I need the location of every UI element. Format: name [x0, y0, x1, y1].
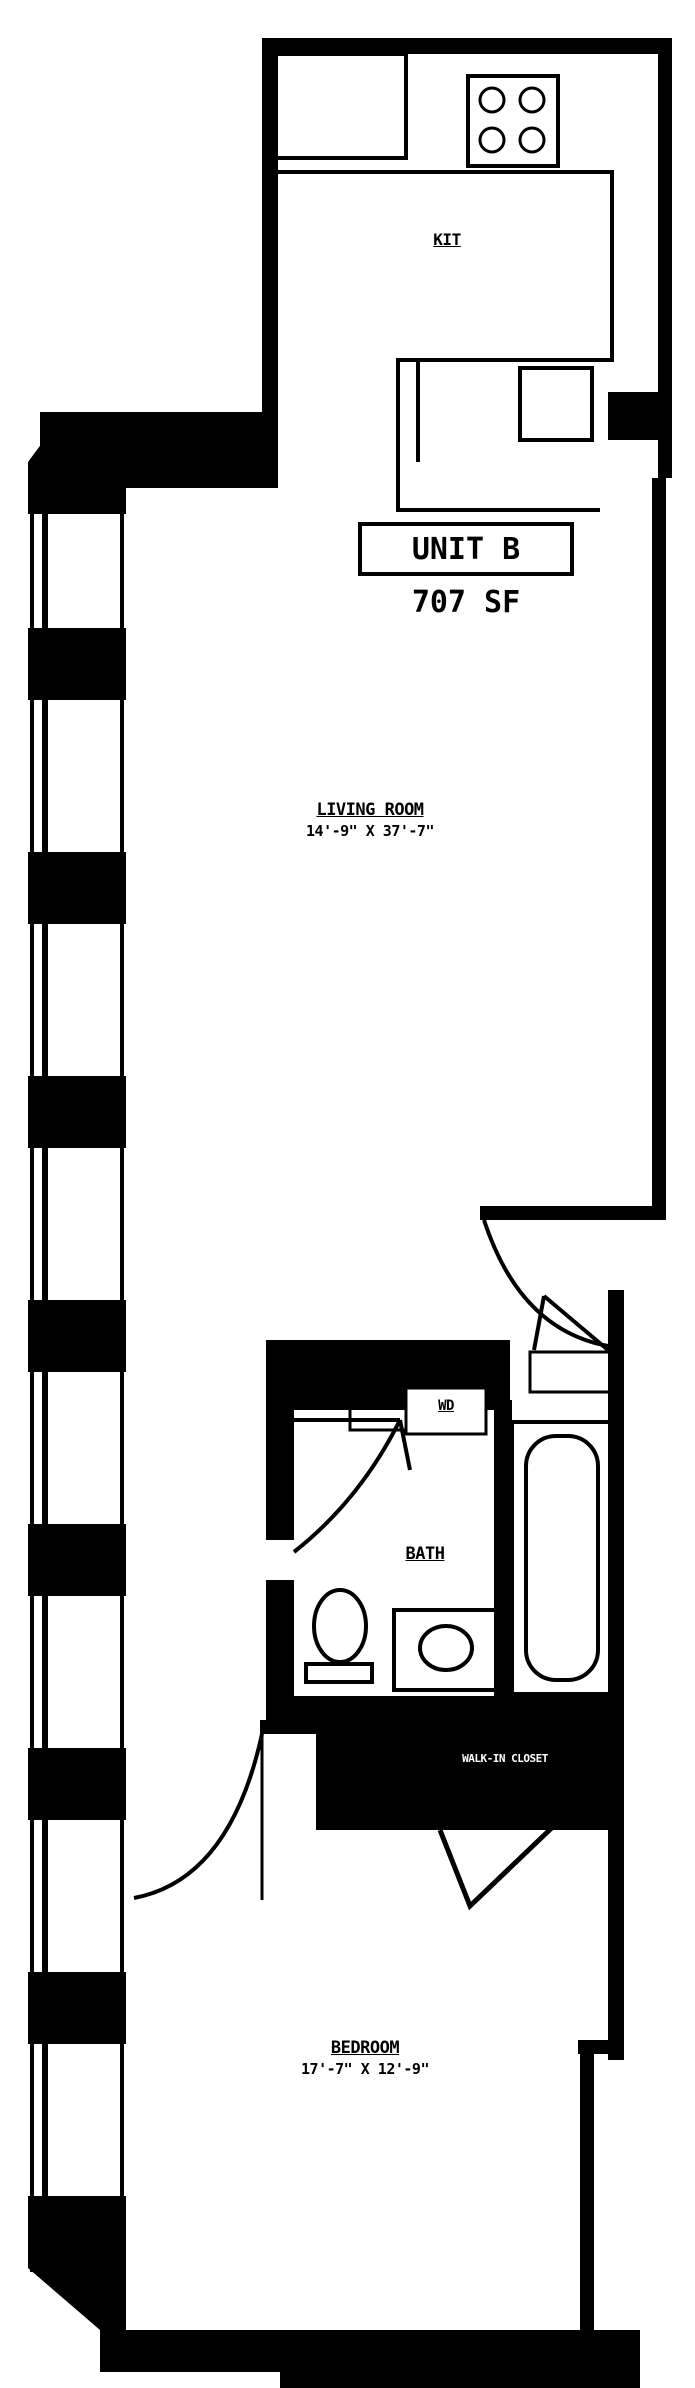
fixtures: [134, 54, 612, 1906]
washer-dryer-label: WD: [410, 1398, 482, 1414]
walk-in-closet-label: WALK-IN CLOSET: [440, 1752, 570, 1765]
unit-area: 707 SF: [360, 585, 572, 620]
floor-plan: [0, 0, 695, 2388]
unit-name-badge: UNIT B: [358, 522, 574, 576]
kitchen-label: KIT: [404, 230, 490, 249]
living-room-label: LIVING ROOM: [260, 800, 480, 820]
walls: [28, 38, 672, 2388]
bedroom-dimensions: 17'-7" X 12'-9": [270, 2060, 460, 2078]
bath-label: BATH: [380, 1544, 470, 1564]
linen-closet-label: LINEN CLOSET: [524, 1364, 616, 1374]
bedroom-label: BEDROOM: [280, 2038, 450, 2058]
living-room-dimensions: 14'-9" X 37'-7": [260, 822, 480, 840]
